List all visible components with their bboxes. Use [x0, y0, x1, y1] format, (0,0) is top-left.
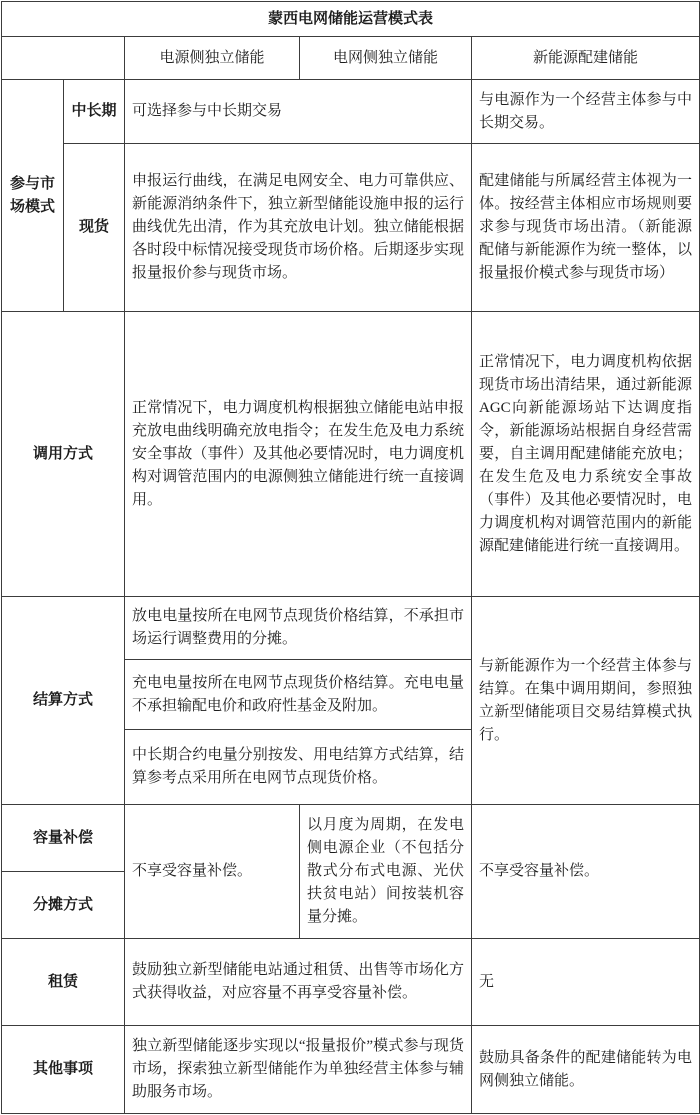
cell-lease-independent: 鼓励独立新型储能电站通过租赁、出售等市场化方式获得收益，对应容量不再享受容量补偿…: [125, 939, 472, 1026]
cell-other-renewable: 鼓励具备条件的配建储能转为电网侧独立储能。: [472, 1026, 700, 1114]
corner-empty-cell: [2, 37, 125, 80]
cell-settlement-charge: 充电电量按所在电网节点现货价格结算。充电电量不承担输配电价和政府性基金及附加。: [125, 660, 472, 730]
cell-capacity-renewable: 不享受容量补偿。: [472, 805, 700, 939]
cell-mid-long-term-independent: 可选择参与中长期交易: [125, 80, 472, 144]
table-row-mid-long-term: 参与市场模式 中长期 可选择参与中长期交易 与电源作为一个经营主体参与中长期交易…: [2, 80, 700, 144]
row-header-settlement-method: 结算方式: [2, 597, 125, 805]
row-header-allocation-method: 分摊方式: [2, 872, 125, 939]
row-header-spot: 现货: [64, 144, 125, 312]
table-row-dispatch: 调用方式 正常情况下，电力调度机构根据独立储能电站申报充放电曲线明确充放电指令；…: [2, 312, 700, 597]
row-header-capacity-compensation: 容量补偿: [2, 805, 125, 872]
cell-settlement-discharge: 放电电量按所在电网节点现货价格结算，不承担市场运行调整费用的分摊。: [125, 597, 472, 660]
cell-other-independent: 独立新型储能逐步实现以“报量报价”模式参与现货市场，探索独立新型储能作为单独经营…: [125, 1026, 472, 1114]
cell-settlement-mid-long-term-contract: 中长期合约电量分别按发、用电结算方式结算，结算参考点采用所在电网节点现货价格。: [125, 730, 472, 805]
cell-capacity-grid-side: 以月度为周期，在发电侧电源企业（不包括分散式分布式电源、光伏扶贫电站）间按装机容…: [300, 805, 472, 939]
storage-operation-mode-table: 蒙西电网储能运营模式表 电源侧独立储能 电网侧独立储能 新能源配建储能 参与市场…: [1, 1, 700, 1114]
cell-dispatch-independent: 正常情况下，电力调度机构根据独立储能电站申报充放电曲线明确充放电指令；在发生危及…: [125, 312, 472, 597]
column-header-renewable-allocated: 新能源配建储能: [472, 37, 700, 80]
row-header-lease: 租赁: [2, 939, 125, 1026]
row-header-market-participation: 参与市场模式: [2, 80, 64, 312]
table-row-column-headers: 电源侧独立储能 电网侧独立储能 新能源配建储能: [2, 37, 700, 80]
cell-spot-independent: 申报运行曲线，在满足电网安全、电力可靠供应、新能源消纳条件下，独立新型储能设施申…: [125, 144, 472, 312]
cell-settlement-renewable: 与新能源作为一个经营主体参与结算。在集中调用期间，参照独立新型储能项目交易结算模…: [472, 597, 700, 805]
cell-mid-long-term-renewable: 与电源作为一个经营主体参与中长期交易。: [472, 80, 700, 144]
column-header-power-side-independent: 电源侧独立储能: [125, 37, 300, 80]
row-header-dispatch-method: 调用方式: [2, 312, 125, 597]
table-row-capacity-compensation: 容量补偿 不享受容量补偿。 以月度为周期，在发电侧电源企业（不包括分散式分布式电…: [2, 805, 700, 872]
table-row-title: 蒙西电网储能运营模式表: [2, 2, 700, 37]
document-page: 蒙西电网储能运营模式表 电源侧独立储能 电网侧独立储能 新能源配建储能 参与市场…: [0, 0, 700, 1115]
row-header-other-matters: 其他事项: [2, 1026, 125, 1114]
table-row-settlement-discharge: 结算方式 放电电量按所在电网节点现货价格结算，不承担市场运行调整费用的分摊。 与…: [2, 597, 700, 660]
row-header-mid-long-term: 中长期: [64, 80, 125, 144]
table-row-lease: 租赁 鼓励独立新型储能电站通过租赁、出售等市场化方式获得收益，对应容量不再享受容…: [2, 939, 700, 1026]
table-row-other-matters: 其他事项 独立新型储能逐步实现以“报量报价”模式参与现货市场，探索独立新型储能作…: [2, 1026, 700, 1114]
table-row-spot: 现货 申报运行曲线，在满足电网安全、电力可靠供应、新能源消纳条件下，独立新型储能…: [2, 144, 700, 312]
cell-spot-renewable: 配建储能与所属经营主体视为一体。按经营主体相应市场规则要求参与现货市场出清。（新…: [472, 144, 700, 312]
cell-dispatch-renewable: 正常情况下，电力调度机构依据现货市场出清结果，通过新能源AGC向新能源场站下达调…: [472, 312, 700, 597]
cell-capacity-power-side: 不享受容量补偿。: [125, 805, 300, 939]
column-header-grid-side-independent: 电网侧独立储能: [300, 37, 472, 80]
table-title: 蒙西电网储能运营模式表: [2, 2, 700, 37]
cell-lease-renewable: 无: [472, 939, 700, 1026]
